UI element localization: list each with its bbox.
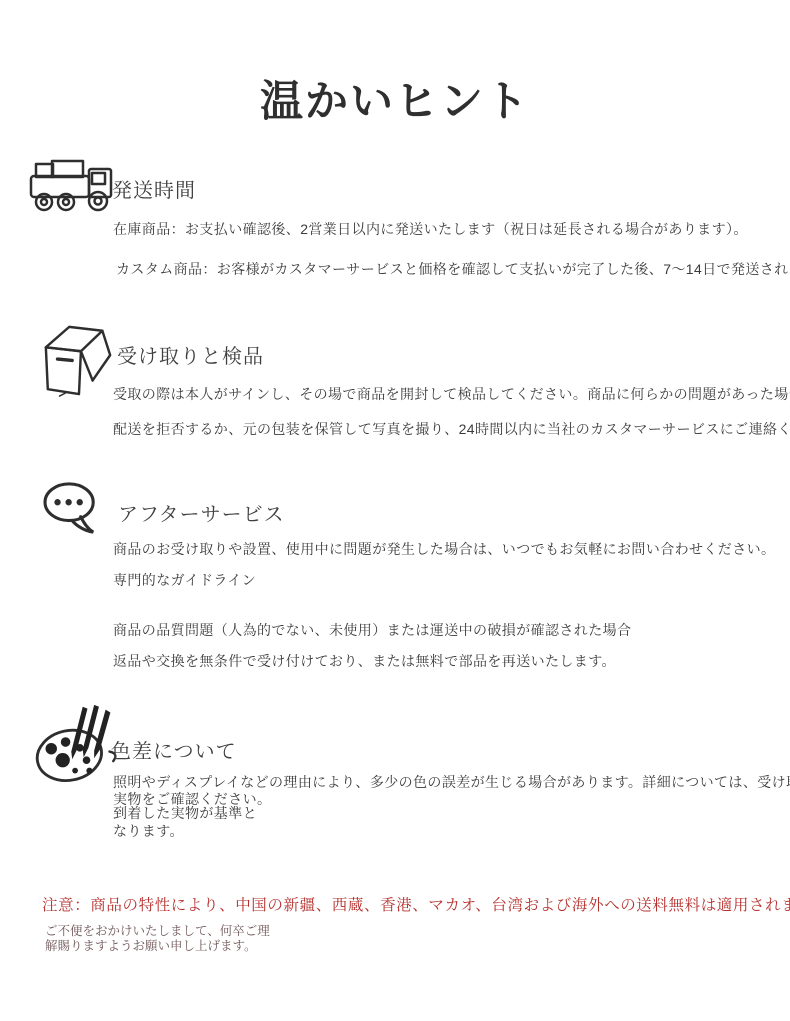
shipping-line-2: カスタム商品：お客様がカスタマーサービスと価格を確認して支払いが完了した後、7〜… [116, 259, 790, 279]
receipt-line-1: 受取の際は本人がサインし、その場で商品を開封して検品してください。商品に何らかの… [113, 384, 790, 404]
open-box-icon [40, 320, 116, 400]
shipping-line-1: 在庫商品：お支払い確認後、2営業日以内に発送いたします（祝日は延長される場合があ… [113, 219, 748, 239]
after-service-line-4: 返品や交換を無条件で受け付けており、または無料で部品を再送いたします。 [113, 651, 616, 671]
shipping-restriction-notice: 注意：商品の特性により、中国の新疆、西蔵、香港、マカオ、台湾および海外への送料無… [42, 893, 790, 915]
speech-bubble-icon [42, 481, 102, 535]
section-heading-after-service: アフターサービス [118, 498, 285, 527]
warm-hints-page: 温かいヒント 発送時間 在庫商品：お支払い確認後、2営業日以内に発送いたします（… [0, 0, 790, 1021]
section-heading-shipping: 発送時間 [112, 174, 196, 203]
apology-note-line-2: 解賜りますようお願い申し上げます。 [45, 936, 257, 954]
color-difference-line-4: なります。 [113, 821, 184, 841]
receipt-line-2: 配送を拒否するか、元の包装を保管して写真を撮り、24時間以内に当社のカスタマーサ… [113, 419, 790, 439]
section-heading-color-difference: 色差について [111, 735, 237, 764]
after-service-line-3: 商品の品質問題（人為的でない、未使用）または運送中の破損が確認された場合 [113, 620, 631, 640]
page-title: 温かいヒント [0, 68, 790, 129]
after-service-line-2: 専門的なガイドライン [113, 570, 256, 590]
section-heading-receipt: 受け取りと検品 [117, 340, 264, 369]
color-difference-line-3: 到着した実物が基準と [113, 803, 257, 823]
palette-icon [33, 702, 121, 784]
truck-icon [29, 159, 113, 213]
after-service-line-1: 商品のお受け取りや設置、使用中に問題が発生した場合は、いつでもお気軽にお問い合わ… [113, 539, 775, 559]
